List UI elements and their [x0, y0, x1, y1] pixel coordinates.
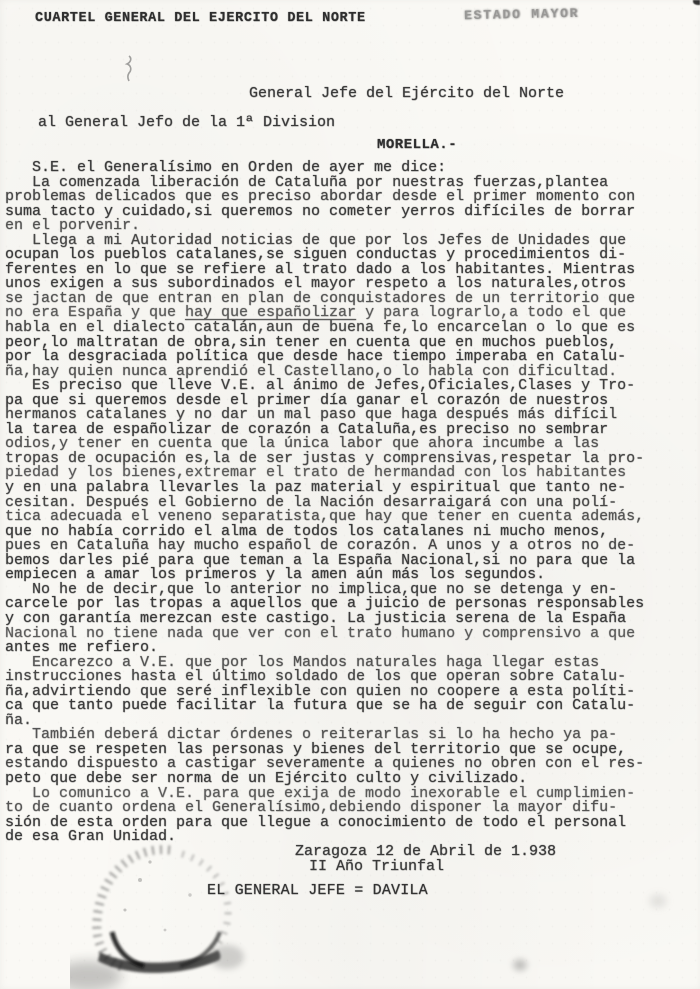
- ink-squiggle-mark: [120, 53, 136, 83]
- faint-smudge: [640, 886, 676, 916]
- letterhead-stamp-estado-mayor: ESTADO MAYOR: [464, 6, 580, 23]
- doc-line: tica adecuada el veneno separatista,que …: [5, 510, 665, 525]
- doc-line: También deberá dictar órdenes o reiterar…: [5, 728, 665, 743]
- scanned-document-page: CUARTEL GENERAL DEL EJERCITO DEL NORTE E…: [0, 0, 700, 989]
- doc-line: Es preciso que lleve V.E. al ánimo de Je…: [5, 379, 665, 394]
- doc-line: habla en el dialecto catalán,aun de buen…: [5, 321, 665, 336]
- triumphal-year-line: II Año Triunfal: [309, 858, 444, 875]
- doc-line: estando dispuesto a castigar severamente…: [5, 757, 665, 772]
- letterhead-unit-title: CUARTEL GENERAL DEL EJERCITO DEL NORTE: [35, 11, 366, 26]
- doc-line: ña,advirtiendo que seré inflexible con q…: [5, 685, 665, 700]
- ink-blot-smudge: [70, 840, 250, 989]
- scan-corner-artifact: [693, 0, 700, 5]
- faint-smudge: [505, 952, 535, 978]
- from-line: General Jefe del Ejército del Norte: [249, 85, 564, 102]
- doc-line: pues en Cataluña hay mucho español de co…: [5, 539, 665, 554]
- doc-line: ca que tanto puede facilitar la futura q…: [5, 699, 665, 714]
- place-heading: MORELLA.-: [377, 137, 457, 153]
- doc-line: Nacional no tiene nada que ver con el tr…: [5, 627, 665, 642]
- doc-line: problemas delicados que es preciso abord…: [5, 190, 665, 205]
- doc-line: Llega a mi Autoridad noticias de que por…: [5, 234, 665, 249]
- letter-body: S.E. el Generalísimo en Orden de ayer me…: [5, 161, 665, 845]
- doc-line: to de cuanto ordena el Generalísimo,debi…: [5, 801, 665, 816]
- doc-line: No he de decir,que lo anterior no implic…: [5, 583, 665, 598]
- to-line: al General Jefo de la 1ª Division: [38, 114, 335, 131]
- doc-line: hermanos catalanes y no dar un mal paso …: [5, 408, 665, 423]
